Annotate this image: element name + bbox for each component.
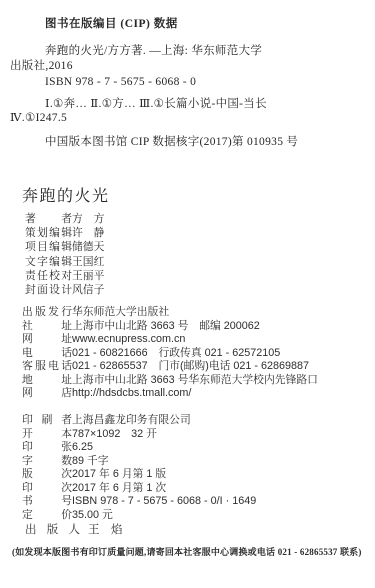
impression-row: 印次2017 年 6 月第 1 次 [22, 482, 256, 496]
credit-row-author: 著者方 方 [25, 212, 104, 226]
price-value: 35.00 元 [72, 509, 113, 521]
cip-classification-line2: Ⅳ.①I247.5 [10, 111, 369, 125]
service-phone-label: 客服电话 [22, 360, 72, 374]
website-value: www.ecnupress.com.cn [72, 333, 185, 345]
format-row: 开本787×1092 32 开 [22, 428, 256, 442]
street-address-value: 上海市中山北路 3663 号华东师范大学校内先锋路口 [72, 374, 318, 386]
edition-row: 版次2017 年 6 月第 1 版 [22, 468, 256, 482]
service-phone-value: 021 - 62865537 门市(邮购)电话 021 - 62869887 [72, 360, 309, 372]
wordcount-label: 字数 [22, 455, 72, 469]
cip-record-number-line: 中国版本图书馆 CIP 数据核字(2017)第 010935 号 [45, 135, 369, 149]
address-value: 上海市中山北路 3663 号 邮编 200062 [72, 320, 260, 332]
online-store-label: 网店 [22, 387, 72, 401]
publisher-row: 出版发行华东师范大学出版社 [22, 306, 318, 320]
credit-label: 著者 [25, 212, 72, 226]
publisher-person-label: 出版人 [25, 521, 80, 537]
street-address-label: 地址 [22, 374, 72, 388]
printer-label: 印刷者 [22, 414, 72, 428]
address-label: 社址 [22, 320, 72, 334]
printer-value: 上海昌鑫龙印务有限公司 [72, 414, 191, 426]
book-number-value: ISBN 978 - 7 - 5675 - 6068 - 0/I · 1649 [72, 495, 256, 507]
credit-row-planning-editor: 策划编辑许 静 [25, 226, 104, 240]
website-row: 网址www.ecnupress.com.cn [22, 333, 318, 347]
edition-value: 2017 年 6 月第 1 版 [72, 468, 166, 480]
phone-value: 021 - 60821666 行政传真 021 - 62572105 [72, 347, 280, 359]
publisher-person-value: 王 焰 [88, 524, 123, 536]
cip-entry-line2: 出版社,2016 [10, 59, 369, 73]
quality-notice: (如发现本版图书有印订质量问题,请寄回本社客服中心调换或电话 021 - 628… [12, 545, 367, 558]
impression-value: 2017 年 6 月第 1 次 [72, 482, 166, 494]
credit-value: 方 方 [72, 213, 104, 225]
credit-label: 项目编辑 [25, 240, 72, 254]
credit-value: 许 静 [72, 227, 104, 239]
credit-row-project-editor: 项目编辑储德天 [25, 240, 104, 254]
publisher-label: 出版发行 [22, 306, 72, 320]
impression-label: 印次 [22, 482, 72, 496]
cip-classification-line1: Ⅰ.①奔… Ⅱ.①方… Ⅲ.①长篇小说-中国-当长 [45, 97, 369, 111]
book-title: 奔跑的火光 [22, 183, 110, 206]
sheets-row: 印张6.25 [22, 441, 256, 455]
credit-label: 文字编辑 [25, 255, 72, 269]
credits-block: 著者方 方 策划编辑许 静 项目编辑储德天 文字编辑王国红 责任校对王丽平 封面… [25, 212, 104, 297]
printer-row: 印刷者上海昌鑫龙印务有限公司 [22, 414, 256, 428]
credit-row-cover-designer: 封面设计风信子 [25, 283, 104, 297]
format-value: 787×1092 32 开 [72, 428, 157, 440]
credit-value: 王国红 [72, 256, 104, 268]
credit-label: 策划编辑 [25, 226, 72, 240]
credit-label: 封面设计 [25, 283, 72, 297]
credit-row-text-editor: 文字编辑王国红 [25, 255, 104, 269]
phone-label: 电话 [22, 347, 72, 361]
book-number-label: 书号 [22, 495, 72, 509]
cip-heading: 图书在版编目 (CIP) 数据 [45, 17, 369, 31]
publisher-info-block: 出版发行华东师范大学出版社 社址上海市中山北路 3663 号 邮编 200062… [22, 306, 318, 401]
cip-isbn-line: ISBN 978 - 7 - 5675 - 6068 - 0 [45, 75, 369, 89]
address-row: 社址上海市中山北路 3663 号 邮编 200062 [22, 320, 318, 334]
wordcount-row: 字数89 千字 [22, 455, 256, 469]
sheets-label: 印张 [22, 441, 72, 455]
credit-value: 风信子 [72, 284, 104, 296]
credit-label: 责任校对 [25, 269, 72, 283]
wordcount-value: 89 千字 [72, 455, 109, 467]
format-label: 开本 [22, 428, 72, 442]
credit-row-proofreader: 责任校对王丽平 [25, 269, 104, 283]
credit-value: 王丽平 [72, 270, 104, 282]
cip-entry-line1: 奔跑的火光/方方著. —上海: 华东师范大学 [45, 44, 369, 58]
credit-value: 储德天 [72, 241, 104, 253]
book-number-row: 书号ISBN 978 - 7 - 5675 - 6068 - 0/I · 164… [22, 495, 256, 509]
street-address-row: 地址上海市中山北路 3663 号华东师范大学校内先锋路口 [22, 374, 318, 388]
price-row: 定价35.00 元 [22, 509, 256, 523]
copyright-page: 图书在版编目 (CIP) 数据 奔跑的火光/方方著. —上海: 华东师范大学 出… [0, 0, 375, 588]
edition-label: 版次 [22, 468, 72, 482]
price-label: 定价 [22, 509, 72, 523]
online-store-value: http://hdsdcbs.tmall.com/ [72, 387, 191, 399]
online-store-row: 网店http://hdsdcbs.tmall.com/ [22, 387, 318, 401]
website-label: 网址 [22, 333, 72, 347]
publisher-person-row: 出版人王 焰 [25, 521, 123, 537]
service-phone-row: 客服电话021 - 62865537 门市(邮购)电话 021 - 628698… [22, 360, 318, 374]
publisher-value: 华东师范大学出版社 [72, 306, 169, 318]
printing-info-block: 印刷者上海昌鑫龙印务有限公司 开本787×1092 32 开 印张6.25 字数… [22, 414, 256, 522]
sheets-value: 6.25 [72, 441, 93, 453]
phone-row: 电话021 - 60821666 行政传真 021 - 62572105 [22, 347, 318, 361]
